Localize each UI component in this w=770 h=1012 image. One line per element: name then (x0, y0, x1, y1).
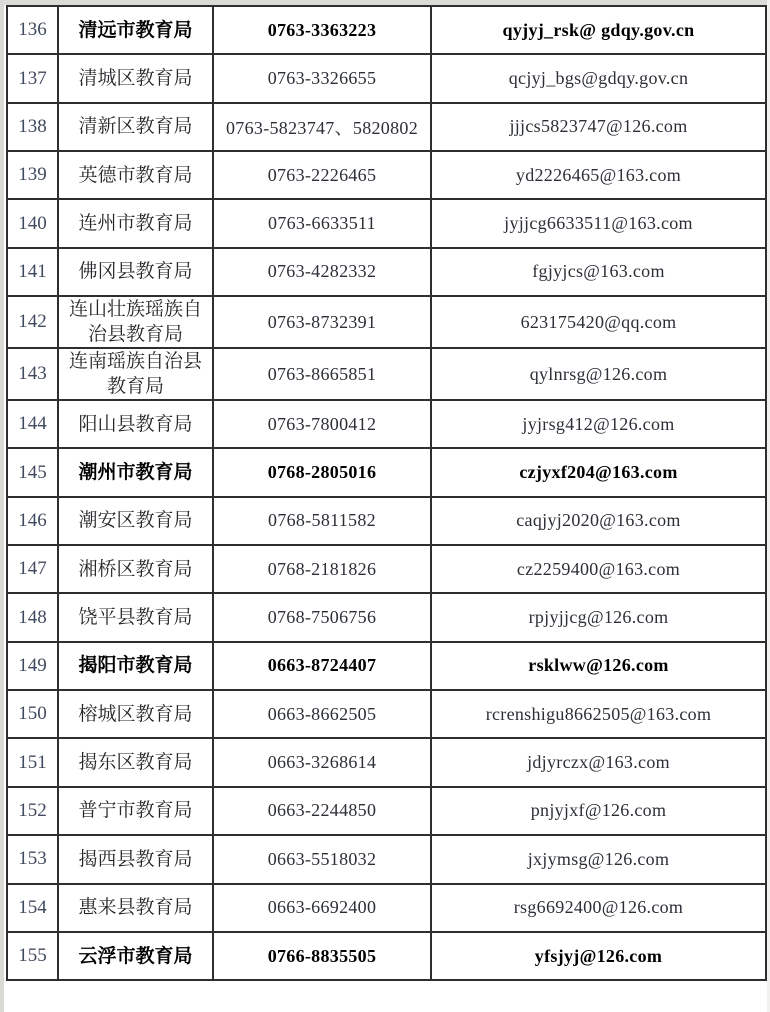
education-bureau-contact-table: 136 清远市教育局 0763-3363223 qyjyj_rsk@ gdqy.… (6, 5, 767, 981)
bureau-name-cell: 潮州市教育局 (58, 448, 213, 496)
row-number-cell: 155 (7, 932, 58, 980)
row-number-cell: 147 (7, 545, 58, 593)
table-row: 148 饶平县教育局 0768-7506756 rpjyjjcg@126.com (7, 593, 766, 641)
table-row: 146 潮安区教育局 0768-5811582 caqjyj2020@163.c… (7, 497, 766, 545)
table-row: 141 佛冈县教育局 0763-4282332 fgjyjcs@163.com (7, 248, 766, 296)
email-address-cell: rpjyjjcg@126.com (431, 593, 766, 641)
email-address-cell: czjyxf204@163.com (431, 448, 766, 496)
email-address-cell: jxjymsg@126.com (431, 835, 766, 883)
table-row: 155 云浮市教育局 0766-8835505 yfsjyj@126.com (7, 932, 766, 980)
phone-number-cell: 0763-8732391 (213, 296, 431, 348)
row-number-cell: 148 (7, 593, 58, 641)
bureau-name-cell: 揭西县教育局 (58, 835, 213, 883)
row-number-cell: 144 (7, 400, 58, 448)
phone-number-cell: 0663-2244850 (213, 787, 431, 835)
row-number-cell: 139 (7, 151, 58, 199)
email-address-cell: jdjyrczx@163.com (431, 738, 766, 786)
row-number-cell: 136 (7, 6, 58, 54)
phone-number-cell: 0663-3268614 (213, 738, 431, 786)
bureau-name-cell: 英德市教育局 (58, 151, 213, 199)
phone-number-cell: 0663-8724407 (213, 642, 431, 690)
bureau-name-cell: 清远市教育局 (58, 6, 213, 54)
row-number-cell: 145 (7, 448, 58, 496)
table-row: 143 连南瑶族自治县教育局 0763-8665851 qylnrsg@126.… (7, 348, 766, 400)
bureau-name-cell: 连南瑶族自治县教育局 (58, 348, 213, 400)
email-address-cell: yd2226465@163.com (431, 151, 766, 199)
bureau-name-cell: 揭阳市教育局 (58, 642, 213, 690)
email-address-cell: rcrenshigu8662505@163.com (431, 690, 766, 738)
phone-number-cell: 0768-7506756 (213, 593, 431, 641)
row-number-cell: 138 (7, 103, 58, 151)
email-address-cell: jyjjcg6633511@163.com (431, 199, 766, 247)
document-page: 136 清远市教育局 0763-3363223 qyjyj_rsk@ gdqy.… (0, 0, 770, 1012)
email-address-cell: cz2259400@163.com (431, 545, 766, 593)
row-number-cell: 137 (7, 54, 58, 102)
phone-number-cell: 0663-8662505 (213, 690, 431, 738)
bureau-name-cell: 揭东区教育局 (58, 738, 213, 786)
table-row: 138 清新区教育局 0763-5823747、5820802 jjjcs582… (7, 103, 766, 151)
phone-number-cell: 0663-6692400 (213, 884, 431, 932)
page-edge-left (0, 0, 4, 1012)
bureau-name-cell: 湘桥区教育局 (58, 545, 213, 593)
bureau-name-cell: 普宁市教育局 (58, 787, 213, 835)
email-address-cell: fgjyjcs@163.com (431, 248, 766, 296)
table-row: 153 揭西县教育局 0663-5518032 jxjymsg@126.com (7, 835, 766, 883)
email-address-cell: caqjyj2020@163.com (431, 497, 766, 545)
table-row: 149 揭阳市教育局 0663-8724407 rsklww@126.com (7, 642, 766, 690)
phone-number-cell: 0766-8835505 (213, 932, 431, 980)
table-row: 147 湘桥区教育局 0768-2181826 cz2259400@163.co… (7, 545, 766, 593)
phone-number-cell: 0763-6633511 (213, 199, 431, 247)
phone-number-cell: 0763-3326655 (213, 54, 431, 102)
table-row: 139 英德市教育局 0763-2226465 yd2226465@163.co… (7, 151, 766, 199)
row-number-cell: 141 (7, 248, 58, 296)
table-row: 151 揭东区教育局 0663-3268614 jdjyrczx@163.com (7, 738, 766, 786)
phone-number-cell: 0763-8665851 (213, 348, 431, 400)
phone-number-cell: 0763-5823747、5820802 (213, 103, 431, 151)
phone-number-cell: 0763-4282332 (213, 248, 431, 296)
bureau-name-cell: 清城区教育局 (58, 54, 213, 102)
table-row: 136 清远市教育局 0763-3363223 qyjyj_rsk@ gdqy.… (7, 6, 766, 54)
bureau-name-cell: 清新区教育局 (58, 103, 213, 151)
email-address-cell: qyjyj_rsk@ gdqy.gov.cn (431, 6, 766, 54)
phone-number-cell: 0663-5518032 (213, 835, 431, 883)
table-row: 137 清城区教育局 0763-3326655 qcjyj_bgs@gdqy.g… (7, 54, 766, 102)
bureau-name-cell: 连州市教育局 (58, 199, 213, 247)
bureau-name-cell: 阳山县教育局 (58, 400, 213, 448)
table-row: 150 榕城区教育局 0663-8662505 rcrenshigu866250… (7, 690, 766, 738)
phone-number-cell: 0768-5811582 (213, 497, 431, 545)
row-number-cell: 153 (7, 835, 58, 883)
row-number-cell: 151 (7, 738, 58, 786)
contact-table-body: 136 清远市教育局 0763-3363223 qyjyj_rsk@ gdqy.… (7, 6, 766, 980)
row-number-cell: 150 (7, 690, 58, 738)
email-address-cell: 623175420@qq.com (431, 296, 766, 348)
phone-number-cell: 0763-3363223 (213, 6, 431, 54)
bureau-name-cell: 连山壮族瑶族自治县教育局 (58, 296, 213, 348)
email-address-cell: jjjcs5823747@126.com (431, 103, 766, 151)
bureau-name-cell: 佛冈县教育局 (58, 248, 213, 296)
phone-number-cell: 0763-7800412 (213, 400, 431, 448)
email-address-cell: yfsjyj@126.com (431, 932, 766, 980)
bureau-name-cell: 榕城区教育局 (58, 690, 213, 738)
email-address-cell: qylnrsg@126.com (431, 348, 766, 400)
table-row: 142 连山壮族瑶族自治县教育局 0763-8732391 623175420@… (7, 296, 766, 348)
bureau-name-cell: 饶平县教育局 (58, 593, 213, 641)
bureau-name-cell: 云浮市教育局 (58, 932, 213, 980)
row-number-cell: 142 (7, 296, 58, 348)
bureau-name-cell: 惠来县教育局 (58, 884, 213, 932)
email-address-cell: rsg6692400@126.com (431, 884, 766, 932)
table-row: 154 惠来县教育局 0663-6692400 rsg6692400@126.c… (7, 884, 766, 932)
table-row: 145 潮州市教育局 0768-2805016 czjyxf204@163.co… (7, 448, 766, 496)
phone-number-cell: 0768-2181826 (213, 545, 431, 593)
bureau-name-cell: 潮安区教育局 (58, 497, 213, 545)
row-number-cell: 140 (7, 199, 58, 247)
row-number-cell: 143 (7, 348, 58, 400)
email-address-cell: qcjyj_bgs@gdqy.gov.cn (431, 54, 766, 102)
email-address-cell: jyjrsg412@126.com (431, 400, 766, 448)
row-number-cell: 152 (7, 787, 58, 835)
row-number-cell: 154 (7, 884, 58, 932)
table-row: 140 连州市教育局 0763-6633511 jyjjcg6633511@16… (7, 199, 766, 247)
phone-number-cell: 0768-2805016 (213, 448, 431, 496)
phone-number-cell: 0763-2226465 (213, 151, 431, 199)
email-address-cell: pnjyjxf@126.com (431, 787, 766, 835)
email-address-cell: rsklww@126.com (431, 642, 766, 690)
table-row: 144 阳山县教育局 0763-7800412 jyjrsg412@126.co… (7, 400, 766, 448)
row-number-cell: 149 (7, 642, 58, 690)
row-number-cell: 146 (7, 497, 58, 545)
table-row: 152 普宁市教育局 0663-2244850 pnjyjxf@126.com (7, 787, 766, 835)
